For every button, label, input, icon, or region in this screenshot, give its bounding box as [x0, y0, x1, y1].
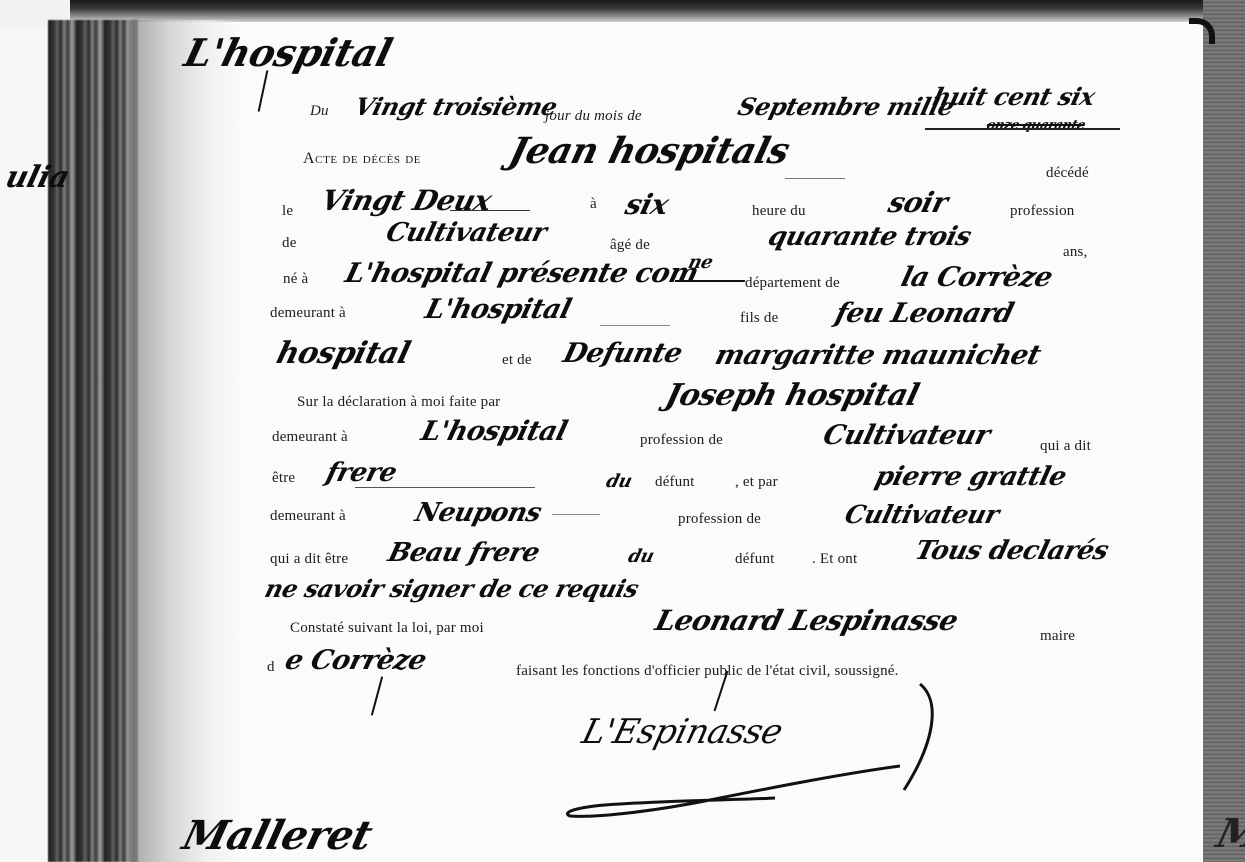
rule-line	[552, 514, 600, 515]
hw-father-surname: hospital	[273, 336, 414, 371]
hw-birthplace-suffix: ne	[686, 252, 715, 273]
hw-year-struck: onze quarante	[985, 118, 1087, 133]
hw-declarant-2-residence: Neupons	[412, 498, 544, 528]
scan-top-edge	[0, 0, 1245, 22]
hw-death-day: Vingt Deux	[318, 184, 495, 217]
left-margin-fragment: ulia	[2, 160, 73, 195]
printed-qui-a-dit: qui a dit	[1040, 438, 1091, 455]
printed-ans: ans,	[1063, 244, 1088, 261]
hw-year: huit cent six	[930, 82, 1098, 111]
printed-defunt: défunt	[655, 474, 695, 491]
printed-ne-a: né à	[283, 271, 308, 288]
printed-le: le	[282, 203, 293, 220]
printed-decede: décédé	[1046, 165, 1089, 182]
year-underline	[925, 128, 1120, 130]
printed-etre: être	[272, 470, 295, 487]
binding-shadow	[130, 20, 240, 862]
printed-demeurant-a-2: demeurant à	[272, 429, 348, 446]
printed-demeurant-a-3: demeurant à	[270, 508, 346, 525]
hw-declarant-2: pierre grattle	[872, 462, 1069, 492]
hw-declared-2: ne savoir signer de ce requis	[262, 574, 641, 603]
hw-deceased-name: Jean hospitals	[505, 130, 794, 172]
signature-flourish	[560, 760, 910, 830]
rule-line	[785, 178, 845, 179]
printed-age-de: âgé de	[610, 237, 650, 254]
printed-de: de	[282, 235, 297, 252]
hw-day: Vingt troisième	[352, 92, 560, 121]
hw-declarant-1-residence: L'hospital	[418, 416, 570, 447]
printed-defunt-2: défunt	[735, 551, 775, 568]
hw-declarant-2-relation: Beau frere	[385, 538, 542, 568]
hw-declarant-1-relation: frere	[323, 458, 400, 488]
printed-heure-du: heure du	[752, 203, 806, 220]
printed-qui-a-dit-etre: qui a dit être	[270, 551, 348, 568]
hw-profession: Cultivateur	[383, 218, 549, 248]
book-binding-gutter	[48, 20, 138, 862]
printed-fils-de: fils de	[740, 310, 778, 327]
left-page-margin	[0, 28, 48, 862]
hw-commune: e Corrèze	[282, 645, 429, 676]
printed-profession: profession	[1010, 203, 1075, 220]
hw-time-of-day: soir	[885, 186, 951, 219]
printed-constate: Constaté suivant la loi, par moi	[290, 620, 484, 637]
hw-declarant-1: Joseph hospital	[662, 378, 922, 413]
printed-et-par: , et par	[735, 474, 778, 491]
printed-departement-de: département de	[745, 275, 840, 292]
margin-heading: L'hospital	[180, 30, 397, 75]
printed-du: Du	[310, 103, 329, 120]
rule-line	[355, 487, 535, 488]
printed-sur-la-declaration: Sur la déclaration à moi faite par	[297, 394, 500, 411]
heading-stroke	[258, 70, 269, 111]
next-record-heading: Malleret	[178, 812, 377, 859]
printed-demeurant-a: demeurant à	[270, 305, 346, 322]
hw-du-1: du	[604, 471, 634, 492]
printed-d: d	[267, 659, 275, 676]
hw-declarant-2-profession: Cultivateur	[842, 500, 1002, 529]
hw-death-hour: six	[622, 188, 672, 221]
hw-declarant-1-profession: Cultivateur	[820, 420, 993, 451]
printed-acte-de-deces: Acte de décès de	[303, 150, 421, 168]
hw-du-2: du	[626, 546, 656, 567]
printed-jour-du-mois: jour du mois de	[545, 108, 642, 125]
mayor-signature: L'Espinasse	[578, 712, 787, 752]
printed-et-de: et de	[502, 352, 532, 369]
printed-profession-de-2: profession de	[678, 511, 761, 528]
hw-department: la Corrèze	[898, 262, 1056, 293]
hw-declared-1: Tous declarés	[912, 536, 1111, 566]
page-flourish	[900, 680, 960, 800]
rule-line	[600, 325, 670, 326]
hw-mayor-name: Leonard Lespinasse	[652, 604, 961, 637]
printed-maire: maire	[1040, 628, 1075, 645]
hw-birthplace: L'hospital présente com	[342, 258, 701, 289]
flourish-stroke	[371, 676, 383, 715]
rule-line	[675, 280, 745, 282]
hw-month: Septembre mille	[735, 92, 957, 121]
printed-et-ont: . Et ont	[812, 551, 857, 568]
rule-line	[450, 210, 530, 211]
scanned-document-page: ulia L'hospital Du Vingt troisième jour …	[0, 0, 1245, 862]
scan-right-edge	[1203, 0, 1245, 862]
hw-mother-prefix: Defunte	[560, 338, 685, 369]
printed-a: à	[590, 196, 597, 213]
printed-faisant-fonctions: faisant les fonctions d'officier public …	[516, 663, 899, 680]
printed-profession-de: profession de	[640, 432, 723, 449]
hw-age: quarante trois	[765, 222, 974, 252]
hw-father: feu Leonard	[832, 298, 1016, 329]
hw-residence: L'hospital	[422, 294, 574, 325]
hw-mother: margaritte maunichet	[712, 340, 1044, 371]
